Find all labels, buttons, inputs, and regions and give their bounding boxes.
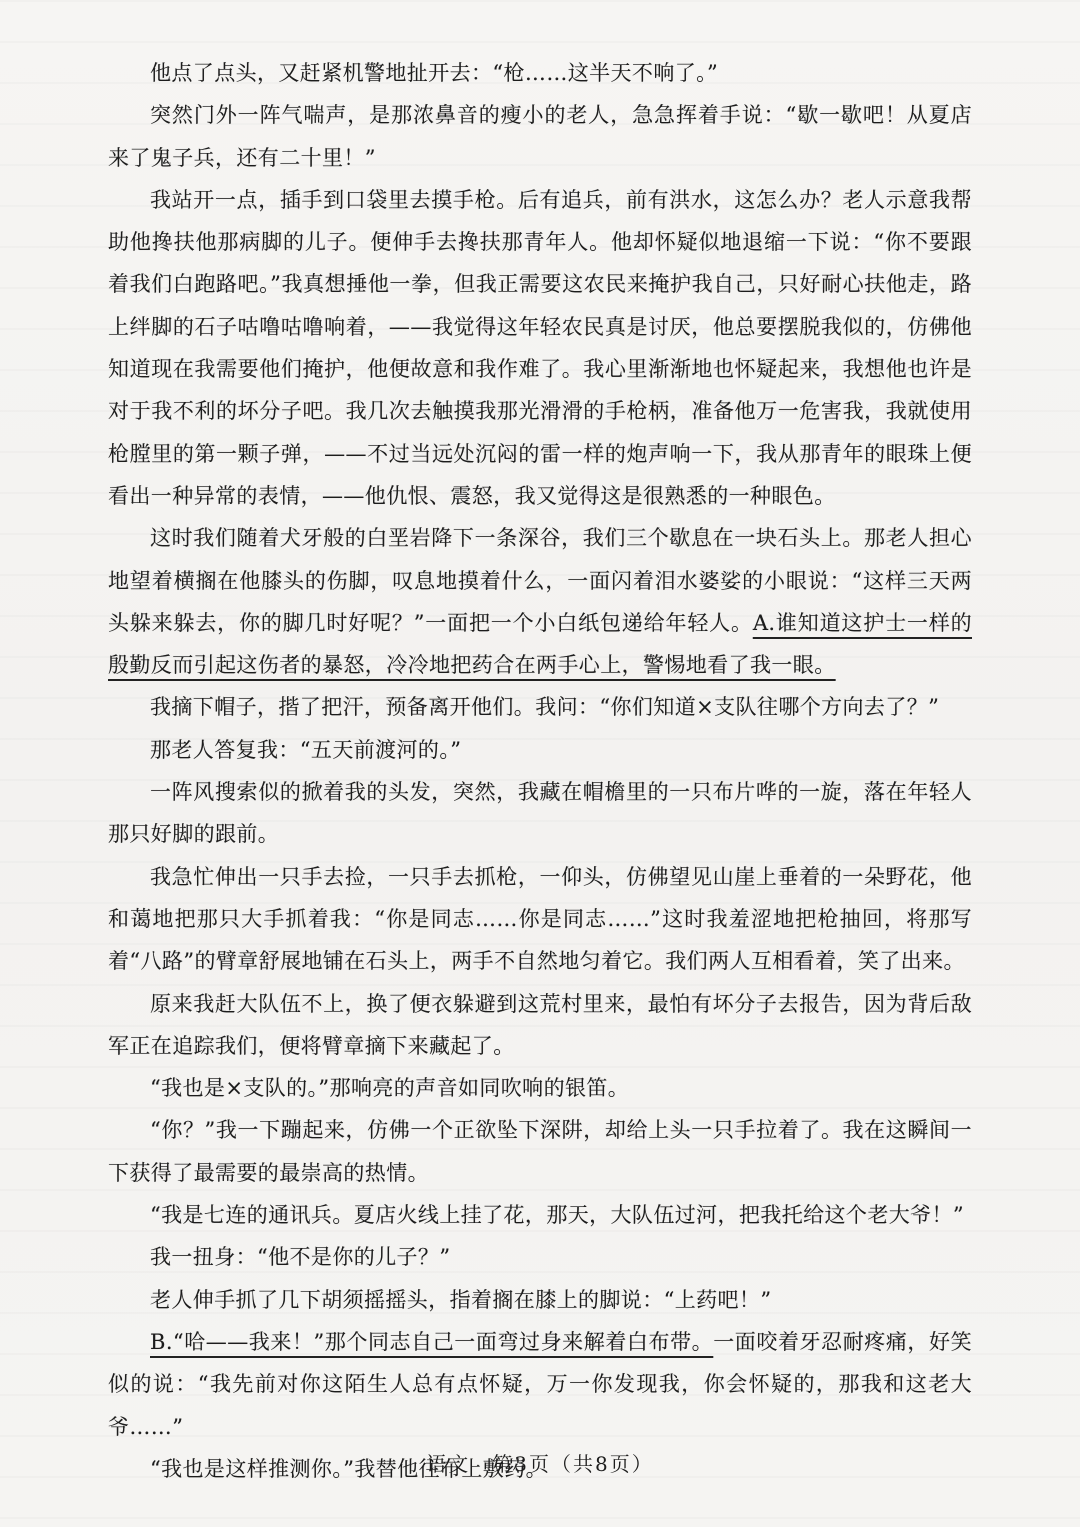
paragraph-text: 我一扭身：“他不是你的儿子？” [150, 1245, 450, 1269]
footer-subject: 语文 [426, 1452, 470, 1476]
story-paragraph: 突然门外一阵气喘声，是那浓鼻音的瘦小的老人，急急挥着手说：“歇一歇吧！从夏店来了… [108, 94, 972, 179]
footer-page-number: 第3页（共8页） [492, 1452, 653, 1476]
page-footer: 语文第3页（共8页） [0, 1448, 1080, 1477]
story-paragraph: B.“哈——我来！”那个同志自己一面弯过身来解着白布带。一面咬着牙忍耐疼痛，好笑… [108, 1321, 972, 1448]
story-paragraph: 那老人答复我：“五天前渡河的。” [108, 729, 972, 771]
story-paragraph: 我一扭身：“他不是你的儿子？” [108, 1236, 972, 1278]
story-paragraph: “我是七连的通讯兵。夏店火线上挂了花，那天，大队伍过河，把我托给这个老大爷！” [108, 1194, 972, 1236]
paragraph-text: “我是七连的通讯兵。夏店火线上挂了花，那天，大队伍过河，把我托给这个老大爷！” [150, 1203, 964, 1227]
paragraph-text: 我急忙伸出一只手去捡，一只手去抓枪，一仰头，仿佛望见山崖上垂着的一朵野花，他和蔼… [108, 865, 972, 974]
paragraph-text: 他点了点头，又赶紧机警地扯开去：“枪……这半天不响了。” [150, 61, 718, 85]
paragraph-text: 老人伸手抓了几下胡须摇摇头，指着搁在膝上的脚说：“上药吧！” [150, 1288, 771, 1312]
story-paragraph: 他点了点头，又赶紧机警地扯开去：“枪……这半天不响了。” [108, 52, 972, 94]
story-paragraph: “我也是×支队的。”那响亮的声音如同吹响的银笛。 [108, 1067, 972, 1109]
paragraph-text: “你？”我一下蹦起来，仿佛一个正欲坠下深阱，却给上头一只手拉着了。我在这瞬间一下… [108, 1118, 972, 1184]
paragraph-text: 一阵风搜索似的掀着我的头发，突然，我藏在帽檐里的一只布片哗的一旋，落在年轻人那只… [108, 780, 972, 846]
story-paragraph: 这时我们随着犬牙般的白垩岩降下一条深谷，我们三个歇息在一块石头上。那老人担心地望… [108, 517, 972, 686]
story-paragraph: 原来我赶大队伍不上，换了便衣躲避到这荒村里来，最怕有坏分子去报告，因为背后敌军正… [108, 983, 972, 1068]
story-paragraph: 我急忙伸出一只手去捡，一只手去抓枪，一仰头，仿佛望见山崖上垂着的一朵野花，他和蔼… [108, 856, 972, 983]
paragraph-text: 突然门外一阵气喘声，是那浓鼻音的瘦小的老人，急急挥着手说：“歇一歇吧！从夏店来了… [108, 103, 972, 169]
paragraph-text: 我摘下帽子，揩了把汗，预备离开他们。我问：“你们知道×支队往哪个方向去了？” [150, 695, 939, 719]
story-paragraph: 老人伸手抓了几下胡须摇摇头，指着搁在膝上的脚说：“上药吧！” [108, 1279, 972, 1321]
paragraph-text: 那老人答复我：“五天前渡河的。” [150, 738, 461, 762]
story-paragraph: 我摘下帽子，揩了把汗，预备离开他们。我问：“你们知道×支队往哪个方向去了？” [108, 686, 972, 728]
story-paragraph: 一阵风搜索似的掀着我的头发，突然，我藏在帽檐里的一只布片哗的一旋，落在年轻人那只… [108, 771, 972, 856]
reading-passage: 他点了点头，又赶紧机警地扯开去：“枪……这半天不响了。” 突然门外一阵气喘声，是… [108, 52, 972, 1490]
story-paragraph: “你？”我一下蹦起来，仿佛一个正欲坠下深阱，却给上头一只手拉着了。我在这瞬间一下… [108, 1109, 972, 1194]
paragraph-text: 我站开一点，插手到口袋里去摸手枪。后有追兵，前有洪水，这怎么办？老人示意我帮助他… [108, 188, 972, 508]
document-page: 他点了点头，又赶紧机警地扯开去：“枪……这半天不响了。” 突然门外一阵气喘声，是… [0, 0, 1080, 1527]
paragraph-text: “我也是×支队的。”那响亮的声音如同吹响的银笛。 [150, 1076, 629, 1100]
story-paragraph: 我站开一点，插手到口袋里去摸手枪。后有追兵，前有洪水，这怎么办？老人示意我帮助他… [108, 179, 972, 517]
paragraph-text: 原来我赶大队伍不上，换了便衣躲避到这荒村里来，最怕有坏分子去报告，因为背后敌军正… [108, 992, 972, 1058]
underlined-sentence-b: B.“哈——我来！”那个同志自己一面弯过身来解着白布带。 [150, 1330, 713, 1354]
